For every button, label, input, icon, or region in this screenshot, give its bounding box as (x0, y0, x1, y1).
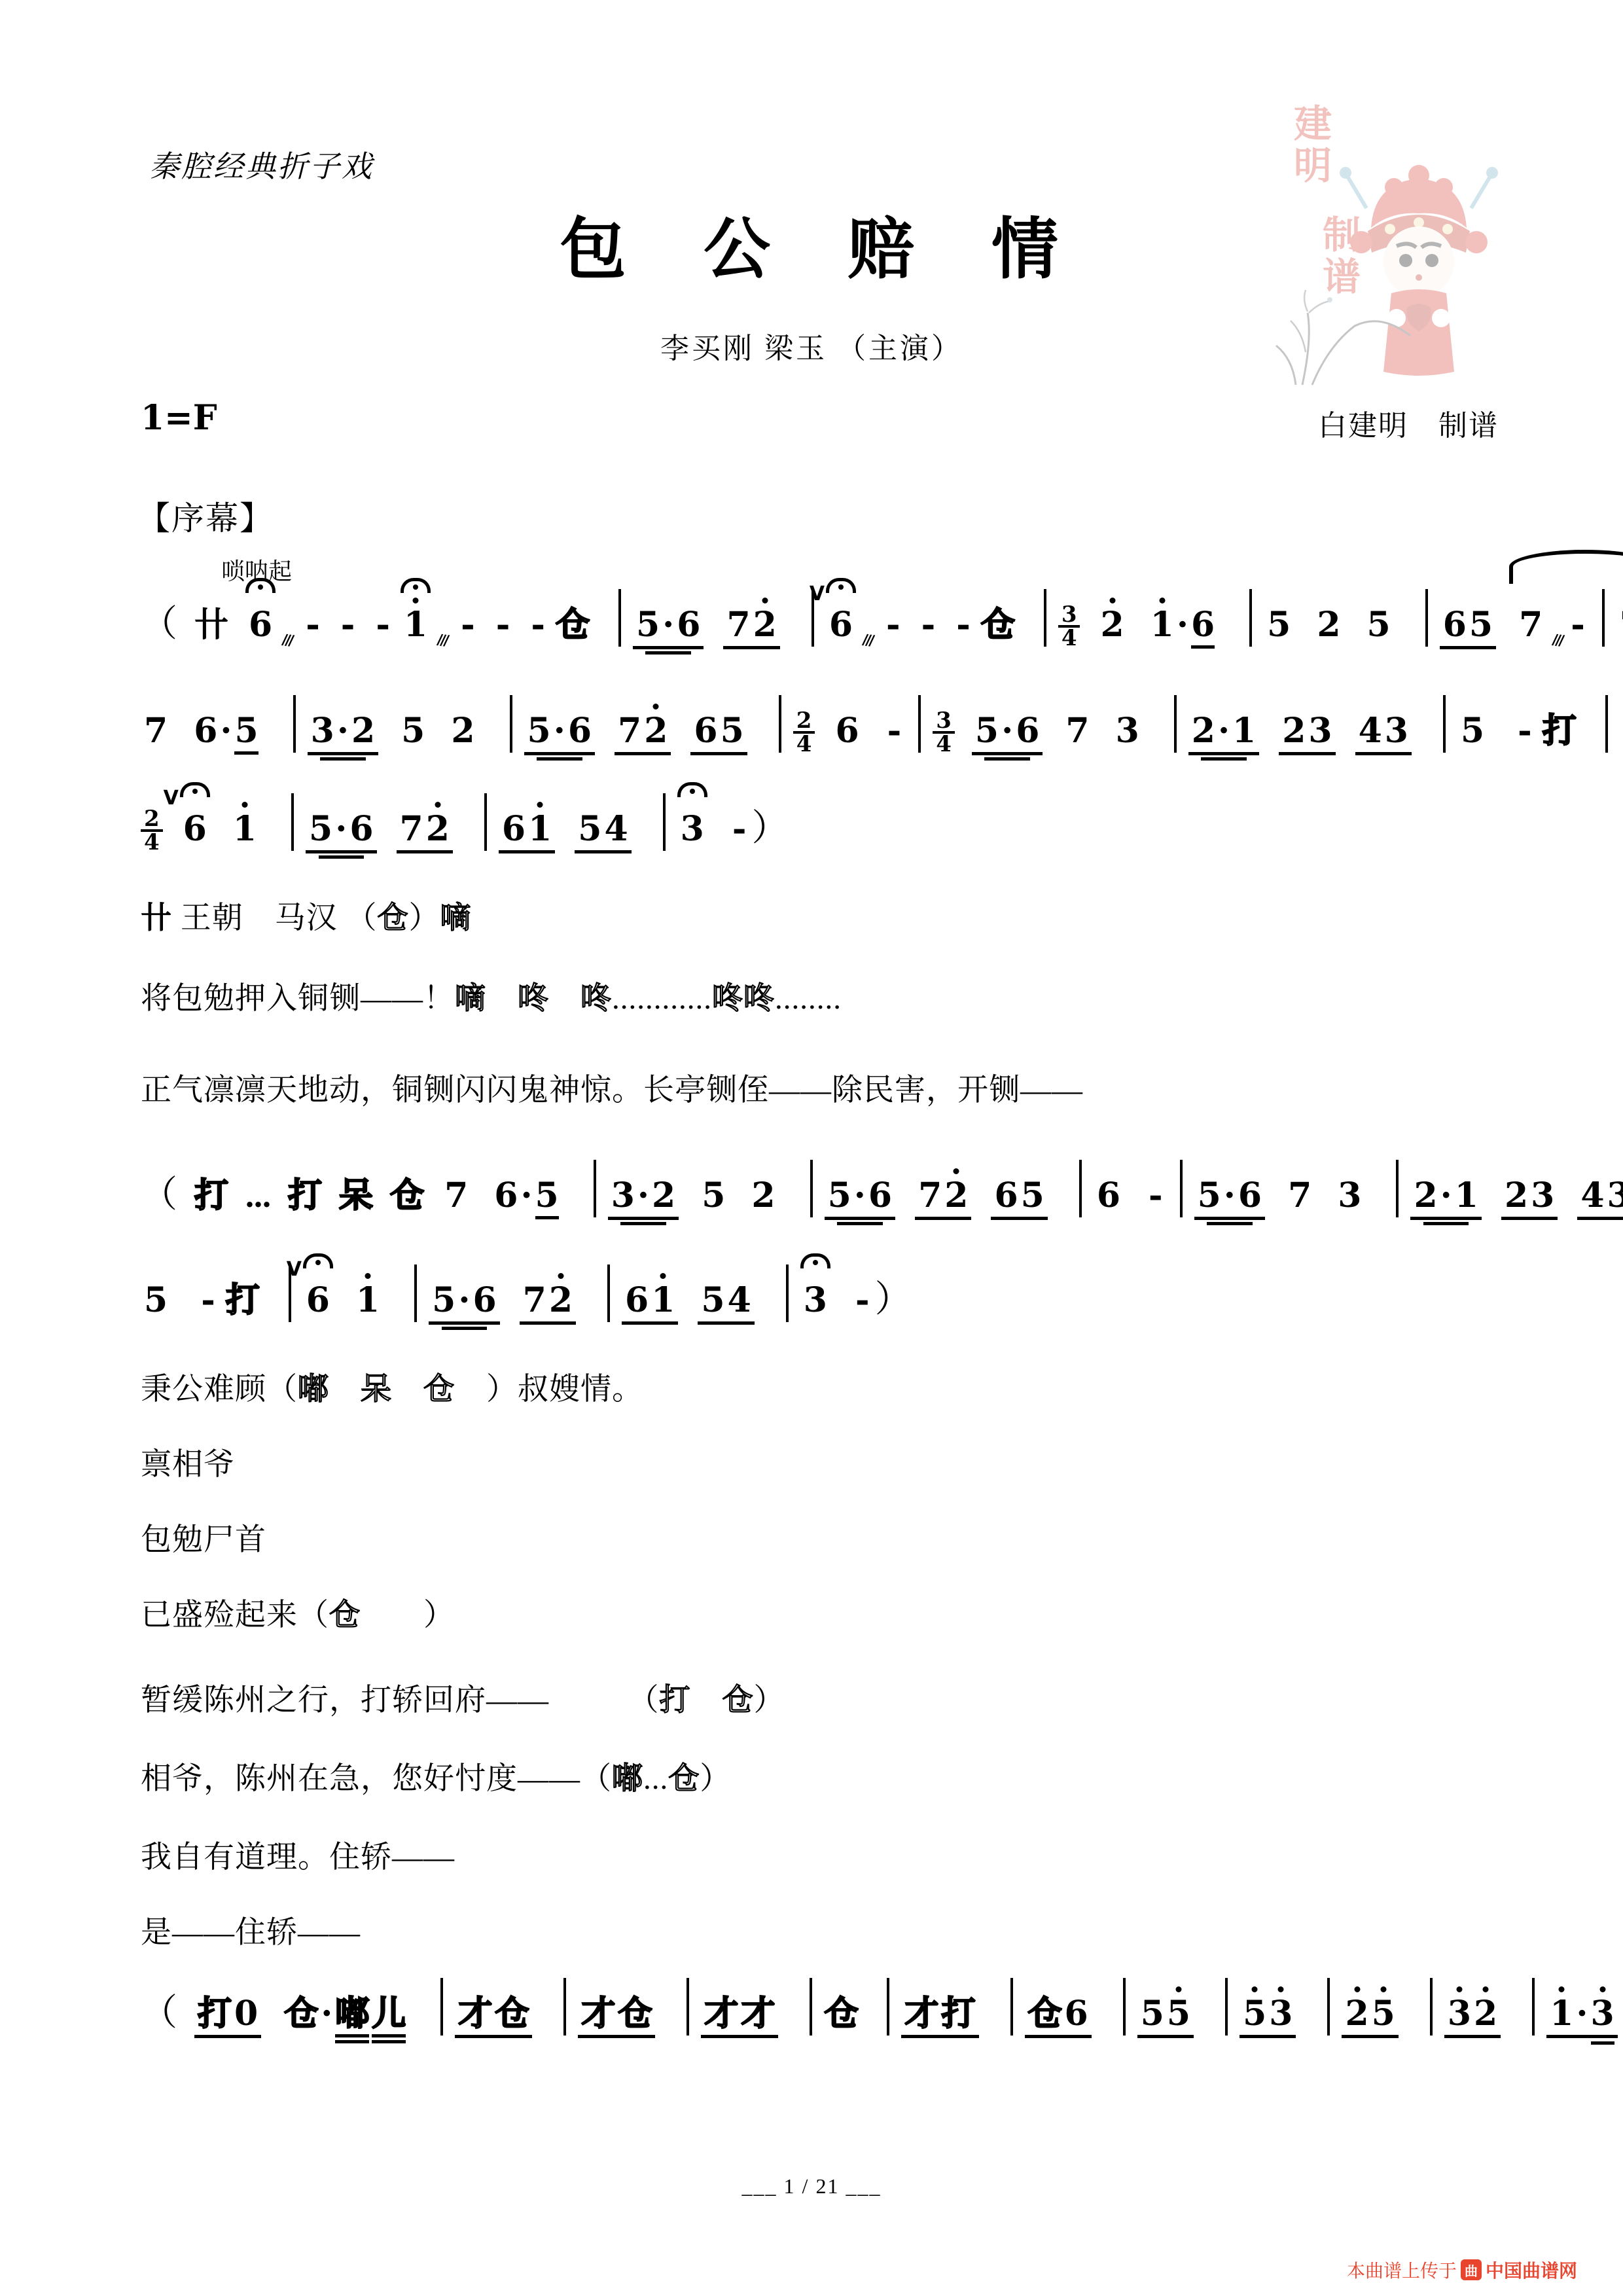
note-glyph: 2 (1192, 714, 1215, 748)
note-glyph: 2 (1345, 1997, 1368, 2031)
note-glyph: 1 (1455, 1179, 1478, 1213)
barline (1425, 589, 1428, 647)
lyric-seg: 嘟 (612, 1762, 643, 1796)
note: 3 (1268, 1997, 1294, 2031)
note-group: 1·3 (1546, 1997, 1617, 2038)
note-group: 43 (1577, 1179, 1623, 1220)
note-glyph: 才 (704, 1997, 738, 2031)
percussion-syllable: 仓 (556, 609, 590, 643)
barline (1443, 695, 1446, 753)
barline (786, 1265, 789, 1322)
note-glyph: 6 (1016, 714, 1039, 748)
note: 2 (752, 608, 778, 642)
tremolo-icon: /// (1552, 632, 1563, 648)
note-group: 6V (303, 1283, 333, 1321)
octave-dot-icon (1456, 1986, 1462, 1992)
note: 3 (679, 812, 705, 846)
site-name: 中国曲谱网 (1486, 2257, 1577, 2283)
lyric-seg (486, 982, 518, 1016)
note-group: 7 (141, 714, 171, 752)
note: 2 (1099, 608, 1125, 642)
barline (1396, 1160, 1399, 1217)
note: 2 (1344, 1997, 1370, 2031)
note-group: 仓·嘟儿 (281, 1997, 409, 2035)
fermata-icon (677, 782, 707, 797)
lyric-seg (329, 1372, 361, 1407)
note-glyph: 5 (828, 1179, 851, 1213)
barline (810, 1978, 812, 2036)
dot-separator: · (1175, 608, 1190, 642)
barline (563, 1978, 566, 2036)
note-glyph: 7 (1288, 1179, 1311, 1213)
note-glyph: 4 (1359, 714, 1382, 748)
note-group: 才才 (701, 1997, 778, 2038)
fermata-dot-icon (413, 584, 418, 590)
note-glyph: 3 (311, 714, 334, 748)
note: 6/// (247, 608, 274, 642)
note-group: 5·6 (1194, 1179, 1265, 1220)
lyric-seg: 咚咚 (712, 982, 775, 1016)
dot-separator: · (1222, 1179, 1237, 1213)
breath-mark-icon: V (287, 1260, 302, 1280)
octave-dot-icon (1252, 1986, 1258, 1992)
sustain-dash: - (201, 1283, 215, 1318)
lyric-seg: 禀相爷 (141, 1448, 235, 1482)
note: 5 (577, 812, 603, 846)
note-group: 65 (1440, 608, 1496, 649)
octave-dot-icon (558, 1273, 563, 1279)
note: 3 (1383, 714, 1410, 748)
fermata-dot-icon (258, 584, 263, 590)
lyric-seg: ........ (775, 982, 842, 1016)
dot-separator: · (334, 812, 348, 846)
section-heading: 【序幕】 (137, 492, 274, 539)
barline (1327, 1978, 1330, 2036)
dot-separator: · (319, 1997, 334, 2031)
note: 2 (450, 714, 476, 748)
note-glyph: 打 (198, 1997, 232, 2031)
lyric-line: 秉公难顾（嘟 呆 仓 ）叔嫂情。 (141, 1365, 643, 1408)
octave-dot-icon (1559, 1986, 1565, 1992)
note: 1 (1454, 1179, 1480, 1213)
upload-text: 本曲谱上传于 (1347, 2257, 1457, 2283)
note-glyph: 5 (1243, 1997, 1266, 2031)
note-glyph: 6 (677, 608, 700, 642)
octave-dot-icon (537, 802, 543, 808)
barline (779, 695, 781, 753)
note: 6 (192, 714, 219, 748)
note-glyph: 5 (234, 714, 258, 748)
note-glyph: 2 (1505, 1179, 1528, 1213)
note-group: 3·2 (308, 714, 378, 755)
lyric-seg: 呆 (361, 1372, 392, 1407)
note: 2 (643, 714, 669, 748)
barline (618, 589, 621, 647)
note-glyph: 5 (309, 812, 332, 846)
lyric-seg: 仓 (668, 1762, 700, 1796)
note-glyph: 6 (306, 1283, 330, 1318)
note: 6 (867, 1179, 893, 1213)
note: 才 (903, 1997, 940, 2031)
octave-dot-icon (762, 598, 768, 603)
note-group: 3 (800, 1283, 830, 1321)
note-glyph: 5 (1141, 1997, 1164, 2031)
note-group: 才仓 (455, 1997, 532, 2038)
note-glyph: · (554, 714, 565, 748)
note-glyph: · (220, 714, 232, 748)
lyric-seg: 王朝 马汉 （ (172, 901, 378, 935)
music-text: 卄 (194, 609, 228, 643)
note-group: 1/// (401, 608, 431, 646)
music-line: （卄6///---1///---仓5·6726V///---仓3421·6525… (141, 589, 1623, 649)
dot-separator: · (1439, 1179, 1454, 1213)
music-text: ） (751, 810, 788, 847)
note-glyph: 仓 (284, 1997, 318, 2031)
fermata-icon (303, 1253, 333, 1268)
note-glyph: 6 (194, 714, 217, 748)
note: 6 (624, 1283, 650, 1318)
fermata-dot-icon (813, 1260, 818, 1265)
note: 6 (1237, 1179, 1263, 1213)
note: 7 (917, 1179, 943, 1213)
barline (607, 1265, 610, 1322)
breath-mark-icon: V (164, 789, 179, 808)
note-glyph: 5 (1021, 1179, 1044, 1213)
note: 6V/// (828, 608, 854, 642)
note-glyph: 6 (494, 1179, 518, 1213)
note-group: 72 (723, 608, 779, 649)
note-glyph: 6 (1238, 1179, 1262, 1213)
note-group: 54 (575, 812, 631, 853)
octave-dot-icon (1175, 1986, 1181, 1992)
note: 6 (493, 1179, 519, 1213)
note-glyph: · (1177, 608, 1188, 642)
sustain-dash: - (887, 714, 902, 748)
note-glyph: 7 (1065, 714, 1089, 748)
note-glyph: 7 (1620, 608, 1623, 642)
dot-separator: · (1000, 714, 1014, 748)
music-line: （打0仓·嘟儿才仓才仓才才仓才打仓6555325321·323 (141, 1978, 1623, 2038)
barline (1079, 1160, 1082, 1217)
fermata-icon (180, 782, 210, 797)
note: 3 (1606, 1179, 1623, 1213)
note-glyph: 6 (868, 1179, 892, 1213)
barline (440, 1978, 443, 2036)
note: 2 (350, 714, 376, 748)
lyric-seg: 正气凛凛天地动，铜铡闪闪鬼神惊。长亭铡侄——除民害，开铡—— (141, 1073, 1083, 1107)
note-glyph: 2 (644, 714, 668, 748)
note-glyph: 嘟 (335, 1997, 369, 2031)
sustain-dash: - (1571, 608, 1585, 642)
note: 5 (1366, 608, 1392, 642)
octave-dot-icon (1278, 1986, 1284, 1992)
note-glyph: 3 (611, 1179, 635, 1213)
note-group: 5 (1457, 714, 1488, 752)
note-glyph: · (1440, 1179, 1452, 1213)
barline (1123, 1978, 1126, 2036)
note-glyph: 2 (751, 1179, 775, 1213)
barline (293, 695, 296, 753)
note-glyph: 6 (473, 1283, 496, 1318)
note: 0 (233, 1997, 259, 2031)
lyric-seg: ... (643, 1762, 668, 1796)
percussion-syllable: 打 (1543, 715, 1577, 749)
note: 5 (1468, 608, 1494, 642)
note-glyph: 4 (604, 812, 628, 846)
site-logo-icon: 曲 (1461, 2259, 1482, 2280)
note-group: 打0 (194, 1997, 261, 2038)
note-glyph: · (1576, 1997, 1588, 2031)
note-group: 2·1 (1410, 1179, 1481, 1220)
note-glyph: 2 (1282, 714, 1306, 748)
note-group: 6·5 (190, 714, 261, 752)
sustain-dash: - (855, 1283, 870, 1318)
note-group: 2 (1097, 608, 1127, 646)
note-group: 2 (748, 1179, 778, 1217)
note-glyph: 1 (1232, 714, 1256, 748)
music-text: ） (875, 1282, 912, 1318)
note: 仓 (1027, 1997, 1063, 2031)
lyric-seg: ） (409, 901, 440, 935)
note: 4 (1357, 714, 1383, 748)
lyric-seg: 嘟 (298, 1372, 329, 1407)
note-group: 5 (398, 714, 428, 752)
note-group: 3 (677, 812, 707, 850)
note-glyph: · (337, 714, 349, 748)
dot-separator: · (853, 1179, 867, 1213)
note-glyph: 6 (249, 608, 272, 642)
note-group: 2 (448, 714, 478, 752)
barline (918, 695, 921, 753)
note: 3 (802, 1283, 829, 1318)
note: 1 (650, 1283, 676, 1318)
note-glyph: 5 (1267, 608, 1291, 642)
note-glyph: 0 (234, 1997, 258, 2031)
note-glyph: 5 (701, 1283, 724, 1318)
note-glyph: 1 (1150, 608, 1174, 642)
barline (1010, 1978, 1013, 2036)
note: 2 (943, 1179, 969, 1213)
note: 2 (1412, 1179, 1438, 1213)
note: 4 (1579, 1179, 1605, 1213)
note-glyph: 6 (625, 1283, 649, 1318)
barline (1044, 589, 1046, 647)
note: 5 (233, 714, 259, 748)
watermark-text-2: 制谱 (1317, 215, 1359, 298)
note: 6 (348, 812, 374, 846)
note: 3 (1115, 714, 1141, 748)
note-glyph: 仓 (495, 1997, 529, 2031)
lyric-line: 将包勉押入铜铡——！嘀 咚 咚............咚咚........ (141, 974, 842, 1018)
note: 6 (1096, 1179, 1122, 1213)
note: 5 (1266, 608, 1292, 642)
note-group: 23 (1279, 714, 1335, 755)
tremolo-icon: /// (281, 632, 293, 648)
note-glyph: · (1218, 714, 1230, 748)
note-glyph: 2 (1317, 608, 1340, 642)
music-text: （ (141, 1995, 177, 2032)
note: 4 (726, 1283, 753, 1318)
note-glyph: 1 (651, 1283, 675, 1318)
note-glyph: 6 (502, 812, 526, 846)
music-text: （ (141, 1177, 177, 1213)
note-group: 7/// (1516, 608, 1546, 646)
note: 2 (1315, 608, 1342, 642)
note-group: 2 (1313, 608, 1344, 646)
note: 5 (1241, 1997, 1268, 2031)
lyric-line: 包勉尸首 (141, 1515, 266, 1559)
note: 7 (143, 714, 169, 748)
music-line: （打...打呆仓76·53·2525·672656-5·6732·12343 (141, 1160, 1623, 1220)
note-group: 5 (141, 1283, 171, 1321)
note-glyph: 才 (458, 1997, 492, 2031)
lyric-seg: 相爷，陈州在急，您好忖度——（ (141, 1762, 612, 1796)
note-glyph: 6 (994, 1179, 1018, 1213)
note-glyph: 2 (1100, 608, 1124, 642)
dot-separator: · (457, 1283, 471, 1318)
note: 2 (750, 1179, 776, 1213)
breath-mark-icon: V (810, 584, 825, 604)
sustain-dash: - (341, 608, 355, 642)
barline (1430, 1978, 1433, 2036)
lyric-seg: 仓 (378, 901, 409, 935)
note-group: 2·1 (1188, 714, 1259, 755)
barline (1180, 1160, 1183, 1217)
lyric-line: 暂缓陈州之行，打轿回府—— （打 仓） (141, 1676, 785, 1719)
note-glyph: 5 (535, 1179, 559, 1213)
note-group: 6/// (245, 608, 276, 646)
note-group: 7 (1285, 1179, 1315, 1217)
dot-separator: · (661, 608, 675, 642)
note-group: 5 (1364, 608, 1394, 646)
note-glyph: 5 (702, 1179, 725, 1213)
fermata-icon (800, 1253, 830, 1268)
note-group: 6 (1094, 1179, 1124, 1217)
lyric-seg: 暂缓陈州之行，打轿回府—— （ (141, 1683, 660, 1717)
octave-dot-icon (1159, 598, 1165, 603)
note: 5 (1196, 1179, 1222, 1213)
lyric-line: 已盛殓起来（仓 ） (141, 1590, 455, 1634)
note-glyph: 3 (804, 1283, 827, 1318)
octave-dot-icon (365, 1273, 371, 1279)
note-glyph: 5 (721, 714, 744, 748)
lyric-seg: 已盛殓起来（ (141, 1598, 329, 1632)
lyric-seg (691, 1683, 722, 1717)
note-glyph: 2 (1474, 1997, 1497, 2031)
percussion-syllable: 仓 (390, 1179, 424, 1213)
time-signature-numerator: 3 (933, 710, 955, 734)
tremolo-icon: /// (861, 632, 873, 648)
page-number: ___ 1 / 21 ___ (0, 2174, 1623, 2198)
note: 2 (1281, 714, 1307, 748)
note-glyph: 3 (681, 812, 704, 846)
note-group: 3·2 (608, 1179, 679, 1220)
note-group: 6V (180, 812, 210, 850)
percussion-syllable: 打 (288, 1179, 322, 1213)
note: 5 (143, 1283, 169, 1318)
lyric-seg: 秉公难顾（ (141, 1372, 298, 1407)
note-glyph: 6 (568, 714, 592, 748)
arranger-credit: 白建明 制谱 (1318, 402, 1499, 444)
note-group: 仓6 (1025, 1997, 1092, 2038)
note-glyph: 4 (728, 1283, 751, 1318)
note-glyph: 3 (1308, 714, 1332, 748)
time-signature-denominator: 4 (933, 734, 955, 755)
note-group: 72 (520, 1283, 576, 1325)
barline (687, 1978, 689, 2036)
note: 6 (567, 714, 593, 748)
octave-dot-icon (1109, 598, 1115, 603)
lyric-seg: 咚 (518, 982, 549, 1016)
note-glyph: · (662, 608, 674, 642)
note-glyph: 7 (618, 714, 641, 748)
time-signature: 34 (1058, 604, 1080, 649)
note-group: 61 (622, 1283, 678, 1325)
note: 7/// (1518, 608, 1544, 642)
note-glyph: 才 (904, 1997, 938, 2031)
note-glyph: 6 (835, 714, 859, 748)
note: 6V (182, 812, 208, 846)
percussion-syllable: 打 (194, 1179, 228, 1213)
sustain-dash: - (496, 608, 510, 642)
music-line: 76·53·2525·67265246-345·6732·123435-打 (141, 695, 1620, 755)
lyric-line: 卄 王朝 马汉 （仓）嘀 (141, 893, 472, 937)
note: 3 (1590, 1997, 1616, 2031)
note: 5 (700, 1179, 726, 1213)
octave-dot-icon (1380, 1986, 1386, 1992)
note-group: 1 (230, 812, 260, 850)
note: 6 (692, 714, 719, 748)
percussion-syllable: 仓 (824, 1998, 858, 2032)
lyric-seg: ）叔嫂情。 (455, 1372, 643, 1407)
note-glyph: 5 (578, 812, 601, 846)
lyric-line: 正气凛凛天地动，铜铡闪闪鬼神惊。长亭铡侄——除民害，开铡—— (141, 1066, 1083, 1109)
note-glyph: 才 (741, 1997, 775, 2031)
note-glyph: · (458, 1283, 470, 1318)
note: 6 (993, 1179, 1019, 1213)
note: 7 (1287, 1179, 1313, 1213)
note: 5 (1139, 1997, 1166, 2031)
note: 7 (616, 714, 643, 748)
lyric-seg: 仓 (423, 1372, 455, 1407)
note-group: 才打 (901, 1997, 978, 2038)
note: 5 (400, 714, 426, 748)
note-glyph: 3 (1116, 714, 1139, 748)
note: 嘟 (334, 1997, 370, 2031)
barline (1249, 589, 1252, 647)
note-group: 6·5 (491, 1179, 562, 1217)
note: 5 (526, 714, 552, 748)
lyric-seg: 嘀 (455, 982, 486, 1016)
note: 1 (527, 812, 553, 846)
note-glyph: 5 (1167, 1997, 1190, 2031)
note: 5 (827, 1179, 853, 1213)
note-group: 43 (1355, 714, 1412, 755)
note: 5 (700, 1283, 726, 1318)
note-glyph: 2 (426, 812, 450, 846)
dot-separator: · (1575, 1997, 1589, 2031)
lyric-seg: 将包勉押入铜铡——！ (141, 982, 455, 1016)
time-signature-denominator: 4 (141, 832, 163, 853)
note-group: 5 (698, 1179, 728, 1217)
music-line: 5-打6V15·67261543-） (141, 1265, 929, 1325)
note-glyph: 7 (400, 812, 423, 846)
dot-separator: · (219, 714, 233, 748)
note: 5 (1166, 1997, 1192, 2031)
note: 6 (675, 608, 702, 642)
note-glyph: 5 (636, 608, 660, 642)
note: 6 (1442, 608, 1468, 642)
